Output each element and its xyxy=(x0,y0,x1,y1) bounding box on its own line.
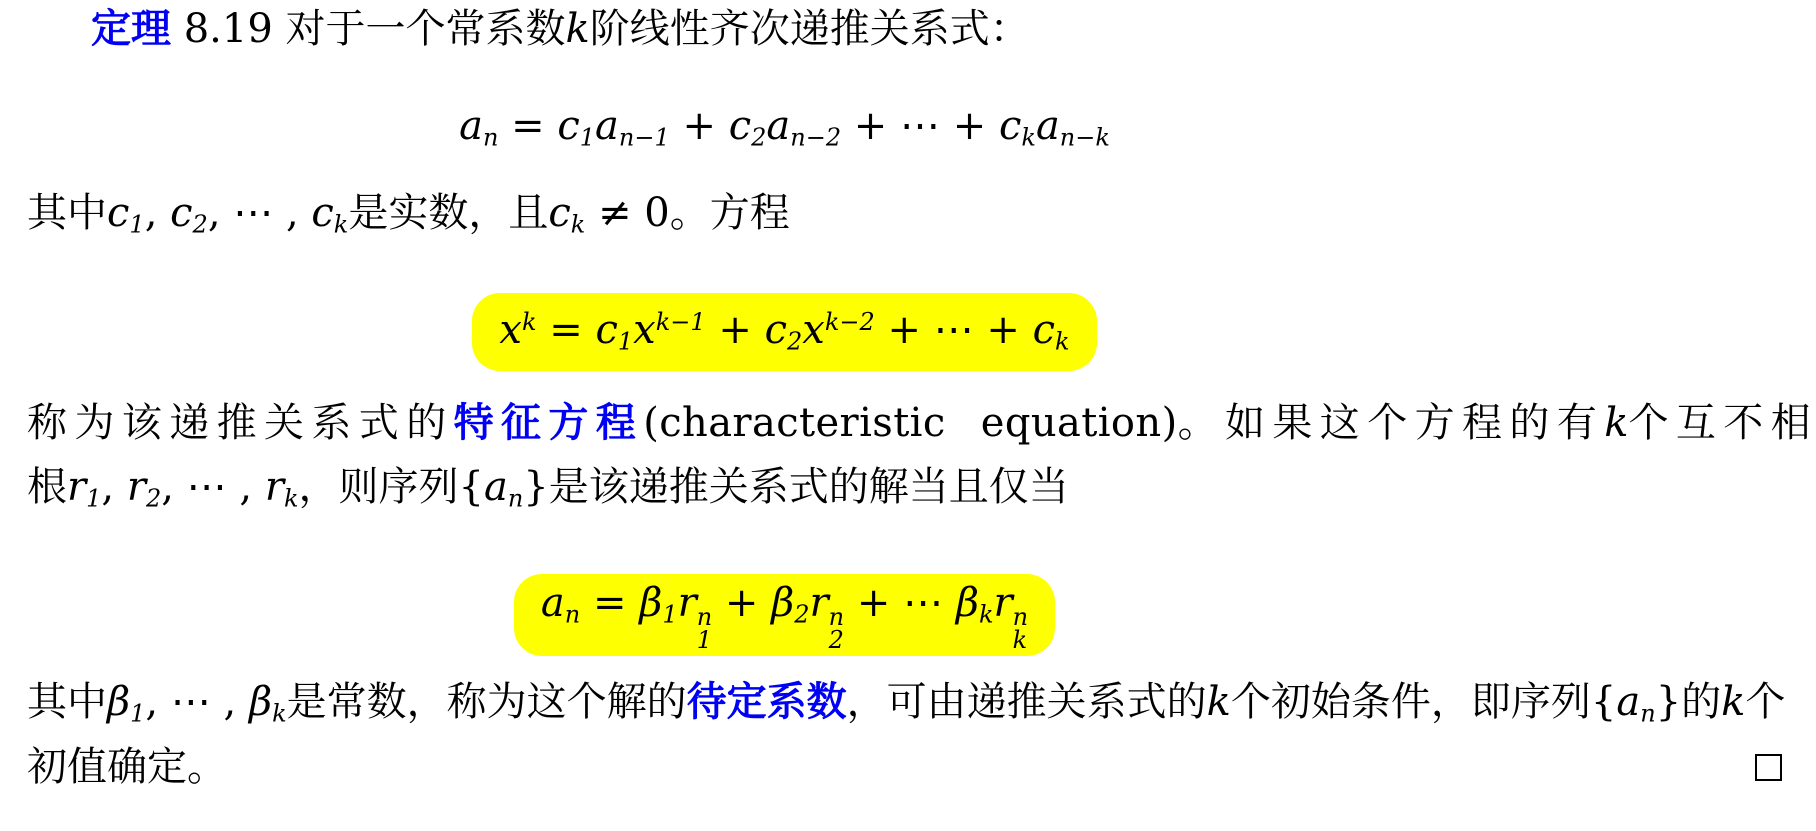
recurrence-equation: an = c1an−1 + c2an−2 + ⋯ + ckan−k xyxy=(459,101,1110,163)
theorem-page: 定理 8.19 对于一个常系数k阶线性齐次递推关系式： an = c1an−1 … xyxy=(0,0,1816,831)
theorem-heading: 定理 8.19 对于一个常系数k阶线性齐次递推关系式： xyxy=(27,4,1787,54)
coefficients-line: 其中c1, c2, ⋯ , ck是实数，且ck ≠ 0。方程 xyxy=(27,188,1787,250)
characteristic-equation-highlight: xk = c1xk−1 + c2xk−2 + ⋯ + ck xyxy=(472,293,1096,371)
characteristic-equation: xk = c1xk−1 + c2xk−2 + ⋯ + ck xyxy=(499,307,1069,353)
recurrence-equation-row: an = c1an−1 + c2an−2 + ⋯ + ckan−k xyxy=(27,101,1787,163)
beta-paragraph-line1: 其中β1, ⋯ , βk是常数，称为这个解的待定系数，可由递推关系式的k个初始条… xyxy=(27,677,1787,739)
qed-square-icon xyxy=(1755,754,1782,781)
solution-equation-highlight: an = β1rn1 + β2rn2 + ⋯ βkrnk xyxy=(514,574,1055,656)
solution-equation: an = β1rn1 + β2rn2 + ⋯ βkrnk xyxy=(541,580,1028,626)
roots-paragraph-line1: 称为该递推关系式的特征方程(characteristic equation)。如… xyxy=(27,398,1787,448)
solution-equation-row: an = β1rn1 + β2rn2 + ⋯ βkrnk xyxy=(27,574,1787,656)
roots-paragraph-line2: 根r1, r2, ⋯ , rk，则序列{an}是该递推关系式的解当且仅当 xyxy=(27,462,1787,524)
characteristic-equation-row: xk = c1xk−1 + c2xk−2 + ⋯ + ck xyxy=(27,293,1787,371)
beta-paragraph-line2: 初值确定。 xyxy=(27,742,1787,792)
